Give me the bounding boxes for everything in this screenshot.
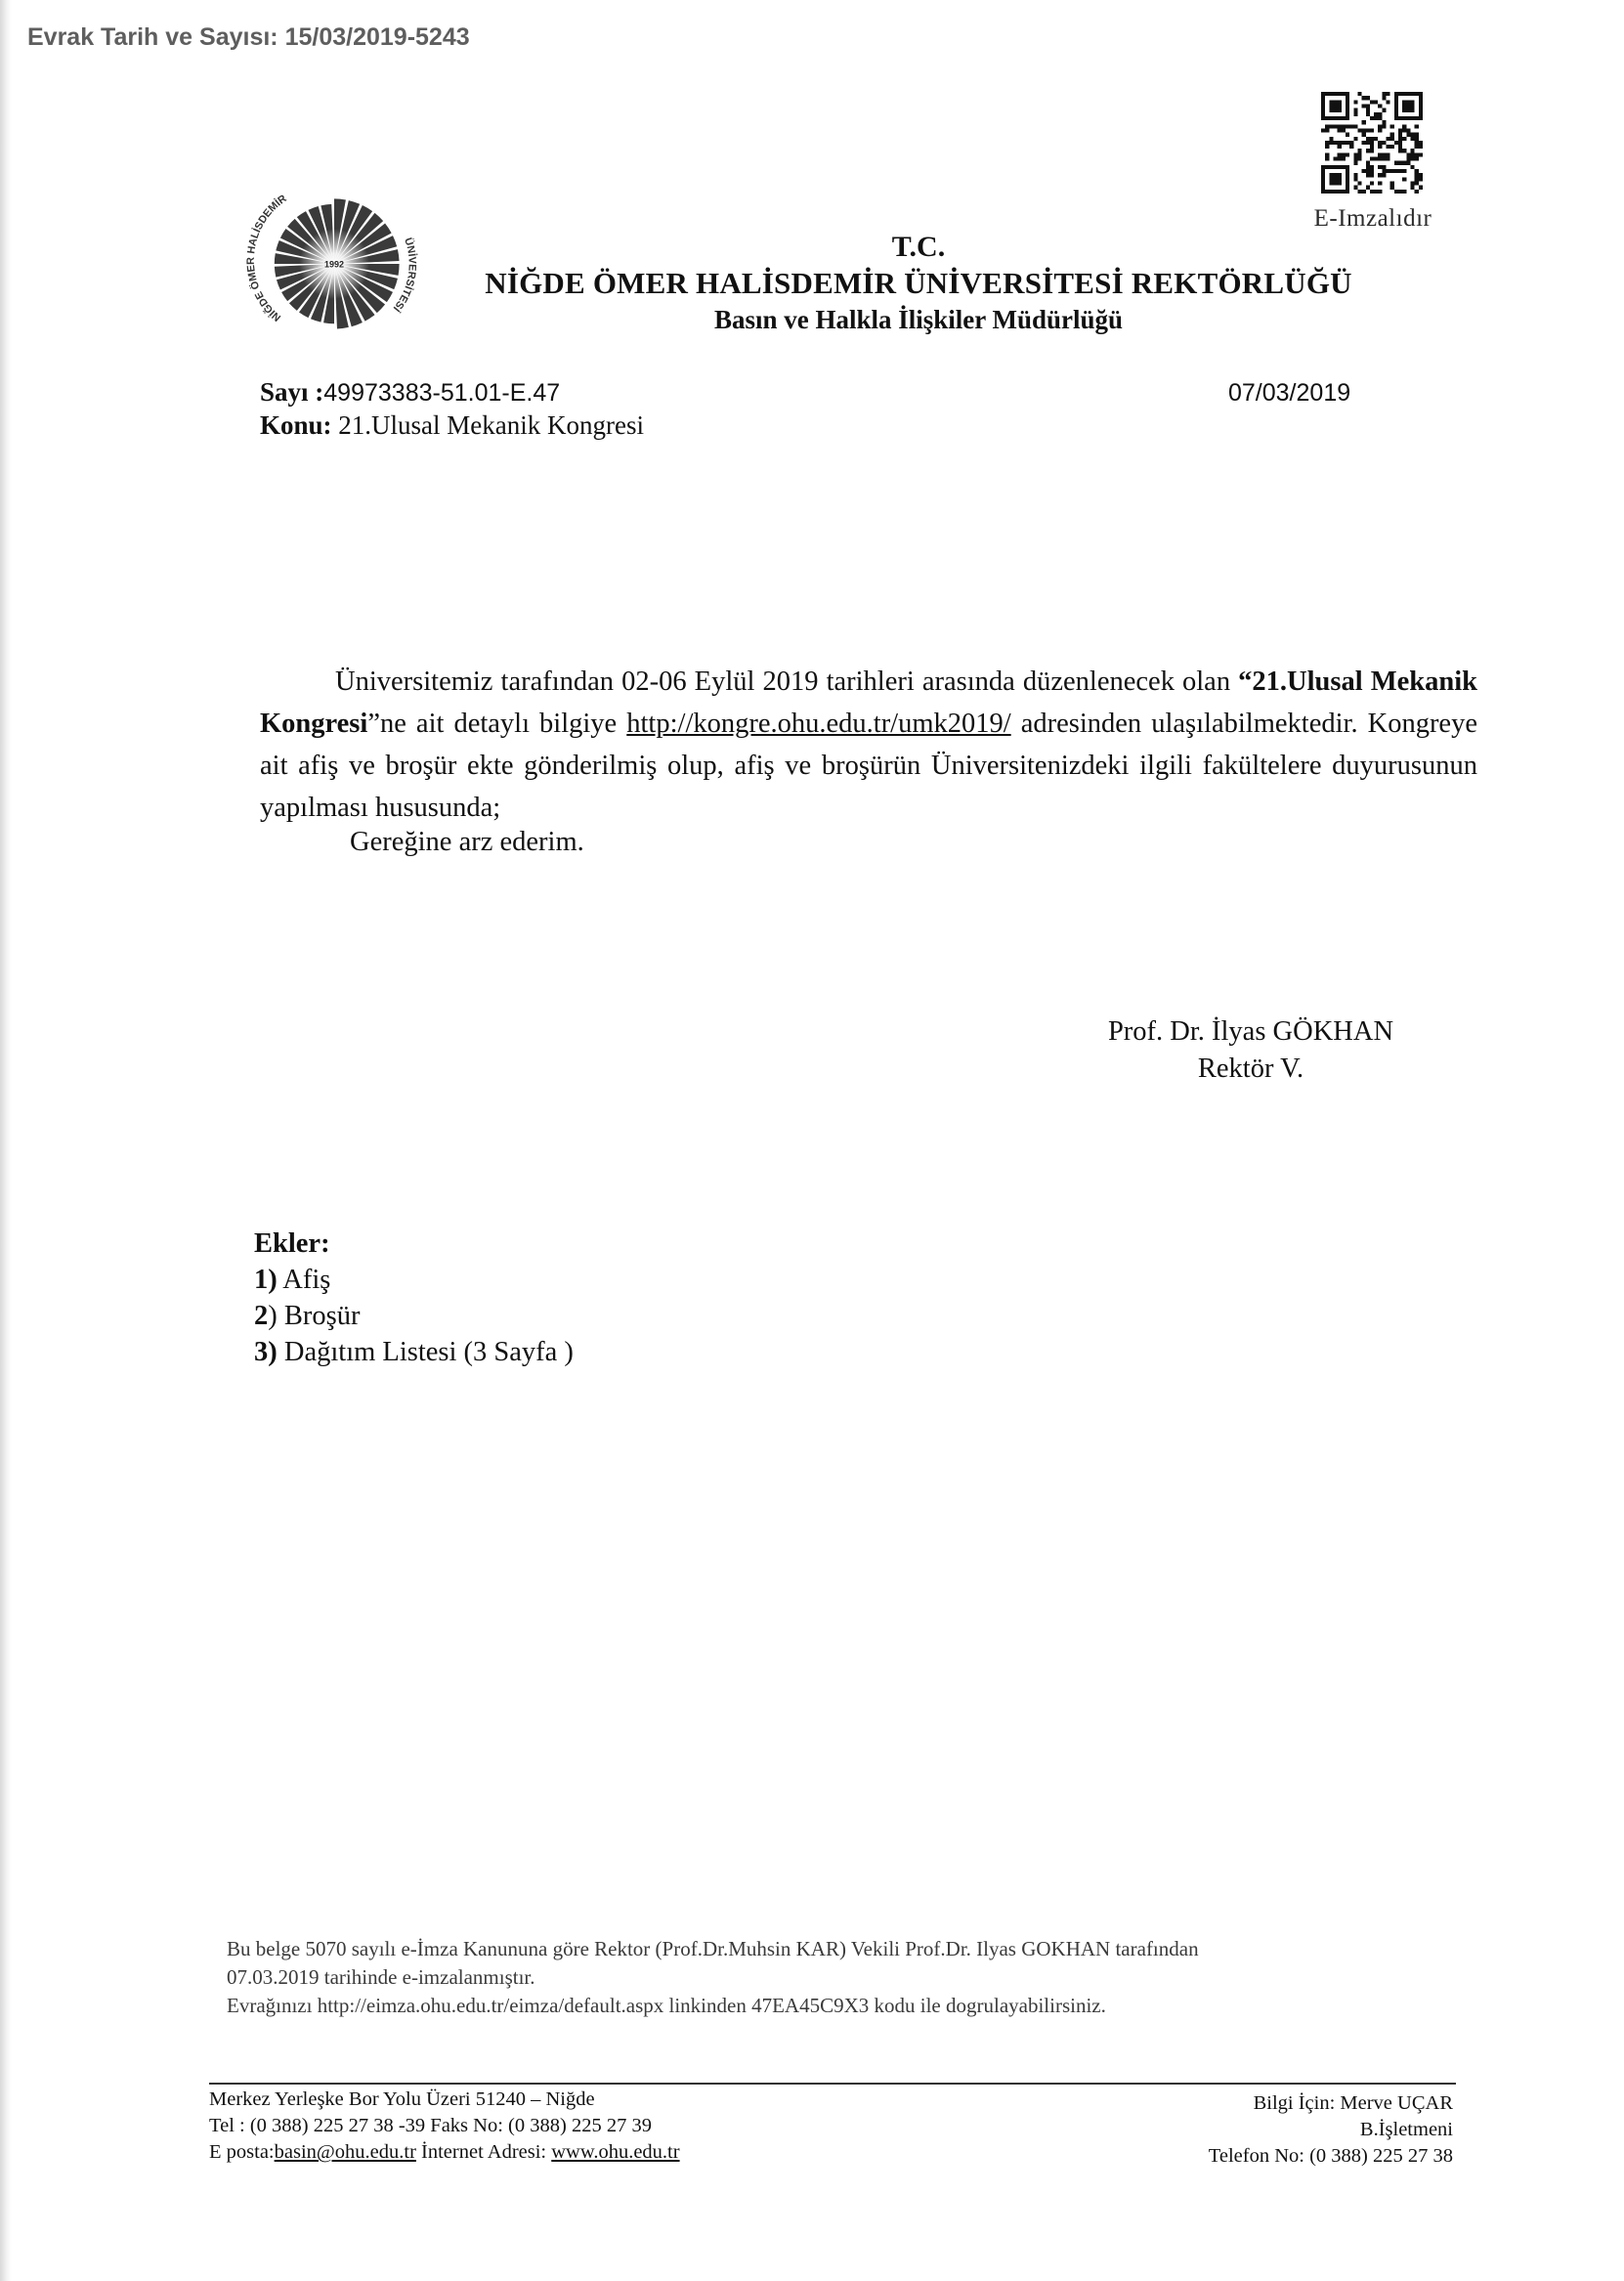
footer-address-block: Merkez Yerleşke Bor Yolu Üzeri 51240 – N… <box>209 2087 680 2166</box>
letter-body: Üniversitemiz tarafından 02-06 Eylül 201… <box>260 661 1477 829</box>
email-label: E posta: <box>209 2141 275 2163</box>
header-university: NİĞDE ÖMER HALİSDEMİR ÜNİVERSİTESİ REKTÖ… <box>459 266 1378 301</box>
attachment-item: 1) Afiş <box>254 1262 574 1298</box>
signatory-name: Prof. Dr. İlyas GÖKHAN <box>1055 1016 1446 1048</box>
contact-person: Bilgi İçin: Merve UÇAR <box>1209 2090 1453 2117</box>
quote-end: ” <box>367 709 380 739</box>
document-number: Sayı :49973383-51.01-E.47 <box>260 377 560 408</box>
header-department: Basın ve Halkla İlişkiler Müdürlüğü <box>459 305 1378 335</box>
qr-code-icon <box>1317 92 1427 194</box>
footer-contact-block: Bilgi İçin: Merve UÇAR B.İşletmeni Telef… <box>1209 2090 1453 2170</box>
e-signed-label: E-Imzalıdır <box>1304 205 1441 233</box>
attachment-item: 2) Broşür <box>254 1298 574 1334</box>
logo-year: 1992 <box>324 260 344 270</box>
header-tc: T.C. <box>459 231 1378 264</box>
document-date: 07/03/2019 <box>1228 379 1350 408</box>
contact-role: B.İşletmeni <box>1209 2117 1453 2143</box>
scan-page-edge <box>0 0 12 2281</box>
svg-text:ÜNİVERSİTESİ: ÜNİVERSİTESİ <box>391 237 418 315</box>
footer-divider <box>209 2083 1456 2085</box>
sayi-label: Sayı <box>260 377 309 407</box>
logo-bottom-text: ÜNİVERSİTESİ <box>391 237 418 315</box>
footer-contact-links: E posta:basin@ohu.edu.tr İnternet Adresi… <box>209 2139 680 2166</box>
e-signature-note: Bu belge 5070 sayılı e-İmza Kanununa gör… <box>227 1935 1468 2020</box>
document-stamp: Evrak Tarih ve Sayısı: 15/03/2019-5243 <box>27 23 470 52</box>
university-logo: 1992 NİĞDE ÖMER HALİSDEMİR ÜNİVERSİTESİ <box>246 176 422 352</box>
email-link[interactable]: basin@ohu.edu.tr <box>275 2141 416 2163</box>
konu-value: 21.Ulusal Mekanik Kongresi <box>332 410 644 440</box>
congress-link[interactable]: http://kongre.ohu.edu.tr/umk2019/ <box>626 709 1010 739</box>
body-text-mid: ne ait detaylı bilgiye <box>380 709 626 739</box>
attachment-item: 3) Dağıtım Listesi (3 Sayfa ) <box>254 1334 574 1370</box>
e-signature-verify-line: Evrağınızı http://eimza.ohu.edu.tr/eimza… <box>227 1992 1468 2020</box>
attachment-number: 1) <box>254 1265 278 1295</box>
attachment-label: Afiş <box>278 1265 331 1295</box>
attachments-heading: Ekler: <box>254 1226 574 1262</box>
attachment-label: Dağıtım Listesi (3 Sayfa ) <box>278 1337 574 1367</box>
sayi-value: 49973383-51.01-E.47 <box>323 379 560 407</box>
closing-line: Gereğine arz ederim. <box>350 827 584 858</box>
attachment-label: ) Broşür <box>268 1301 360 1331</box>
contact-phone: Telefon No: (0 388) 225 27 38 <box>1209 2143 1453 2170</box>
footer-address: Merkez Yerleşke Bor Yolu Üzeri 51240 – N… <box>209 2087 680 2113</box>
attachment-number: 3) <box>254 1337 278 1367</box>
footer-phone: Tel : (0 388) 225 27 38 -39 Faks No: (0 … <box>209 2113 680 2139</box>
e-signature-line: Bu belge 5070 sayılı e-İmza Kanununa gör… <box>227 1935 1468 1963</box>
attachment-number: 2 <box>254 1301 268 1331</box>
konu-label: Konu: <box>260 410 332 440</box>
website-link[interactable]: www.ohu.edu.tr <box>551 2141 679 2163</box>
signatory-title: Rektör V. <box>1055 1054 1446 1085</box>
web-label: İnternet Adresi: <box>416 2141 551 2163</box>
attachments: Ekler: 1) Afiş 2) Broşür 3) Dağıtım List… <box>254 1226 574 1370</box>
e-signature-line: 07.03.2019 tarihinde e-imzalanmıştır. <box>227 1963 1468 1992</box>
document-subject: Konu: 21.Ulusal Mekanik Kongresi <box>260 410 644 441</box>
body-text-start: Üniversitemiz tarafından 02-06 Eylül 201… <box>335 667 1238 697</box>
sayi-sep: : <box>309 377 324 407</box>
